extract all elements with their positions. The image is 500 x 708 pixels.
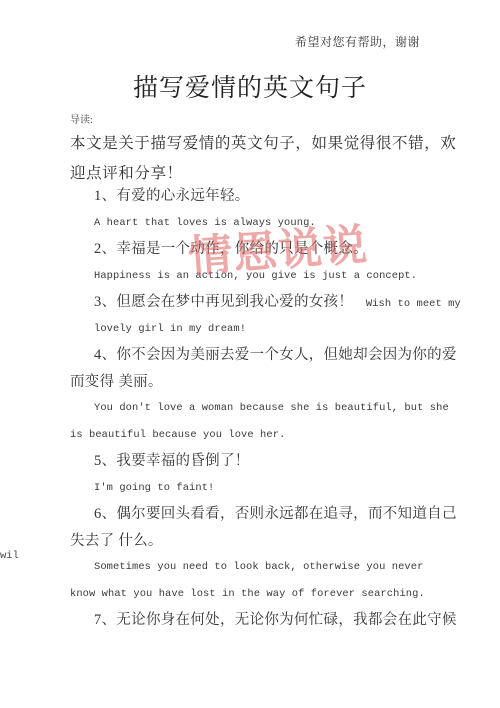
quote-line: You don't love a woman because she is be… (70, 395, 490, 422)
header-note: 希望对您有帮助，谢谢 (295, 33, 420, 50)
quote-line: 7、无论你身在何处，无论你为何忙碌，我都会在此守候 (70, 607, 490, 634)
quote-line: 4、你不会因为美丽去爱一个女人，但她却会因为你的爱 (70, 342, 490, 369)
quote-line: Sometimes you need to look back, otherwi… (70, 554, 490, 581)
intro-line: 本文是关于描写爱情的英文句子，如果觉得很不错，欢 (70, 129, 480, 159)
quote-line: 3、但愿会在梦中再见到我心爱的女孩！ Wish to meet my (70, 289, 490, 316)
quote-line: Happiness is an action, you give is just… (70, 263, 490, 290)
quote-line: is beautiful because you love her. (70, 422, 490, 449)
document-page: 希望对您有帮助，谢谢 描写爱情的英文句子 导读: 本文是关于描写爱情的英文句子，… (0, 0, 500, 708)
quote-line: lovely girl in my dream! (70, 316, 490, 343)
intro-paragraph: 本文是关于描写爱情的英文句子，如果觉得很不错，欢 迎点评和分享！ (70, 129, 480, 189)
lead-label: 导读: (70, 111, 93, 126)
quote-line: I'm going to faint! (70, 475, 490, 502)
quote-line: 1、有爱的心永远年轻。 (70, 183, 490, 210)
quote-line-zh: 3、但愿会在梦中再见到我心爱的女孩！ (94, 294, 353, 310)
margin-text-fragment: wil (0, 550, 19, 562)
quote-list: 1、有爱的心永远年轻。 A heart that loves is always… (70, 183, 490, 634)
quote-line: 而变得 美丽。 (70, 369, 490, 396)
quote-line-en: Wish to meet my (353, 298, 461, 310)
quote-line: know what you have lost in the way of fo… (70, 581, 490, 608)
page-title: 描写爱情的英文句子 (0, 68, 500, 104)
quote-line: 5、我要幸福的昏倒了！ (70, 448, 490, 475)
quote-line: 2、幸福是一个动作，你给的只是个概念。 (70, 236, 490, 263)
quote-line: 失去了 什么。 (70, 528, 490, 555)
quote-line: 6、偶尔要回头看看，否则永远都在追寻，而不知道自己 (70, 501, 490, 528)
quote-line: A heart that loves is always young. (70, 210, 490, 237)
